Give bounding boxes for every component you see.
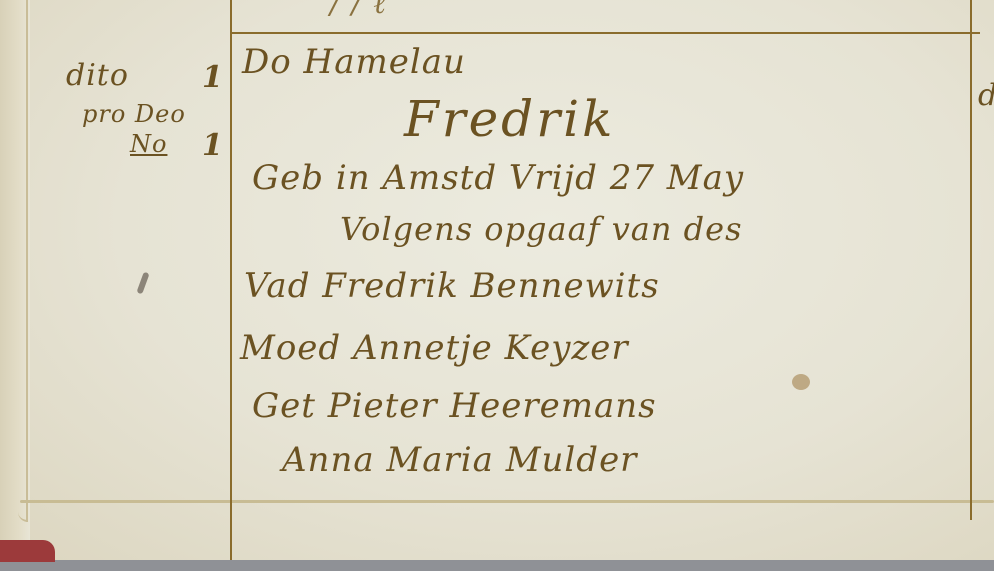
witness-line: Get Pieter Heeremans: [252, 386, 657, 426]
margin-tally-1: 1: [202, 60, 224, 95]
register-page: / ∕ ℓ dito pro Deo No 1 1 Do Hamelau Fre…: [0, 0, 994, 560]
ink-stain: [792, 374, 810, 390]
margin-number-label: No: [130, 130, 167, 158]
witness2-line: Anna Maria Mulder: [282, 440, 637, 480]
birth-line: Geb in Amstd Vrijd 27 May: [252, 158, 744, 198]
page-bottom-edge: [20, 500, 994, 503]
margin-dito: dito: [66, 58, 129, 93]
previous-entry-strokes: / ∕ ℓ: [330, 0, 387, 21]
right-margin-fragment: d: [978, 78, 994, 113]
row-rule-top: [230, 32, 980, 34]
ink-mark: [136, 272, 149, 295]
column-rule-right: [970, 0, 972, 520]
child-name: Fredrik: [404, 90, 615, 148]
source-line: Volgens opgaaf van des: [340, 210, 742, 248]
margin-tally-2: 1: [202, 128, 224, 163]
margin-pro-deo: pro Deo: [82, 100, 186, 128]
book-binding: [0, 540, 55, 562]
father-line: Vad Fredrik Bennewits: [244, 266, 660, 306]
page-edge: [18, 0, 28, 522]
mother-line: Moed Annetje Keyzer: [240, 328, 629, 368]
minister-line: Do Hamelau: [242, 42, 466, 82]
column-rule-left: [230, 0, 232, 560]
